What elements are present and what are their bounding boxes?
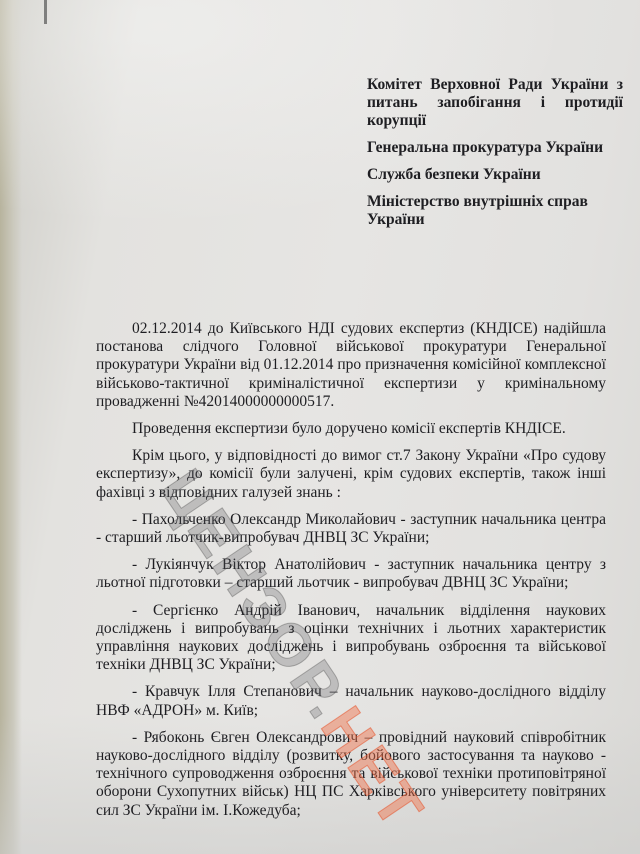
addressee-committee: Комітет Верховної Ради України з питань … <box>367 76 623 130</box>
list-item-expert: - Рябоконь Євген Олександрович – провідн… <box>96 729 606 820</box>
addressee-mvs: Міністерство внутрішніх справ України <box>367 193 623 229</box>
paragraph-intro: 02.12.2014 до Київського НДІ судових екс… <box>96 320 606 411</box>
pen-mark <box>44 0 47 24</box>
addressee-sbu: Служба безпеки України <box>367 166 623 184</box>
paragraph-law: Крім цього, у відповідності до вимог ст.… <box>96 447 606 502</box>
list-item-expert: - Кравчук Ілля Степанович – начальник на… <box>96 683 606 719</box>
document-photo: Комітет Верховної Ради України з питань … <box>0 0 640 854</box>
list-item-expert: - Лукіянчук Віктор Анатолійович - заступ… <box>96 556 606 592</box>
paragraph-commission: Проведення експертизи було доручено комі… <box>96 420 606 438</box>
addressee-prosecutor: Генеральна прокуратура України <box>367 139 623 157</box>
letter-body: 02.12.2014 до Київського НДІ судових екс… <box>96 320 606 829</box>
list-item-expert: - Пахольченко Олександр Миколайович - за… <box>96 511 606 547</box>
list-item-expert: - Сергієнко Андрій Іванович, начальник в… <box>96 602 606 675</box>
addressee-block: Комітет Верховної Ради України з питань … <box>367 76 623 238</box>
